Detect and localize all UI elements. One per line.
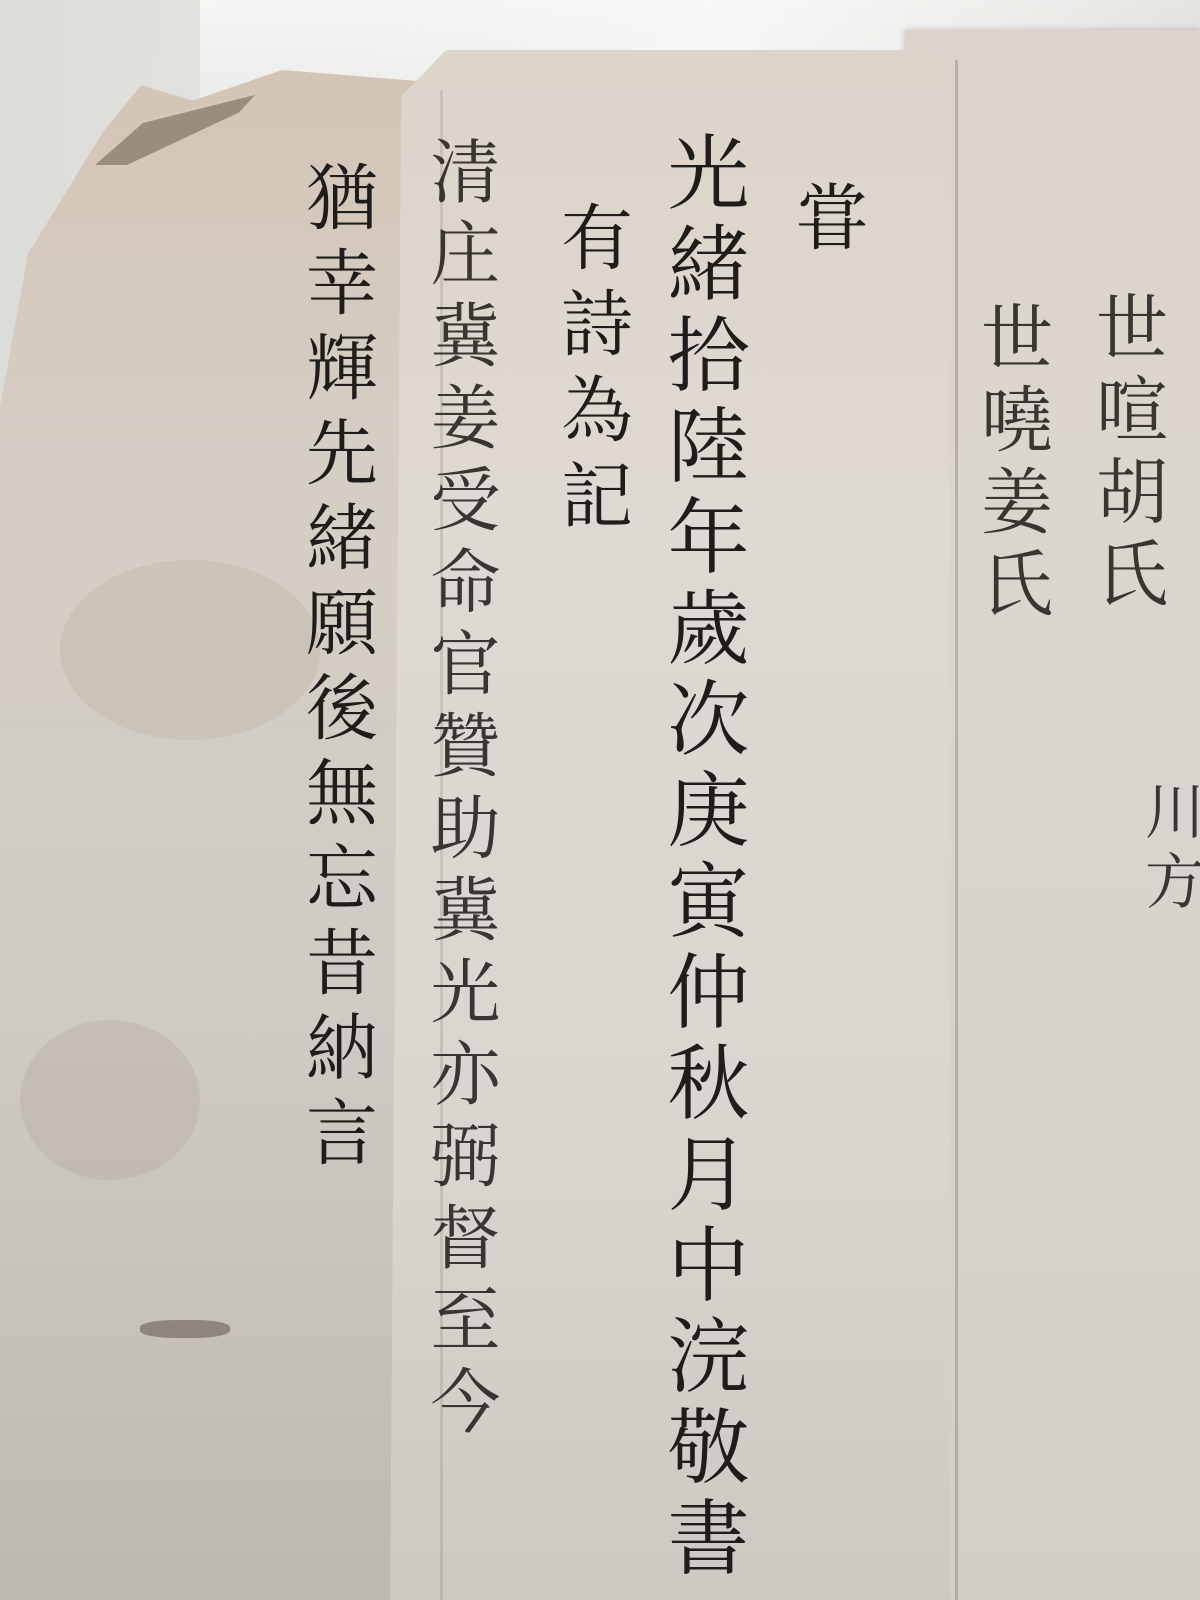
ink-blot [140, 1320, 230, 1338]
water-stain [60, 560, 320, 740]
date-column: 光緒拾陸年歲次庚寅仲秋月中浣敬書 [660, 130, 742, 1586]
page-fold-right [955, 60, 958, 1600]
water-stain [20, 1020, 200, 1180]
honorific-character: 甞 [790, 180, 862, 262]
note-column: 有詩為記 [555, 200, 627, 544]
right-page-column-1: 世喧胡氏 [1090, 290, 1162, 618]
right-page-column-3-partial: 川方 [1140, 780, 1200, 920]
poem-column-1: 清庄冀姜受命官贊助冀光亦弼督至今 [425, 135, 495, 1447]
poem-column-2: 猶幸輝先緒願後無忘昔納言 [300, 160, 372, 1180]
right-page-column-2: 世嘵姜氏 [975, 300, 1047, 628]
